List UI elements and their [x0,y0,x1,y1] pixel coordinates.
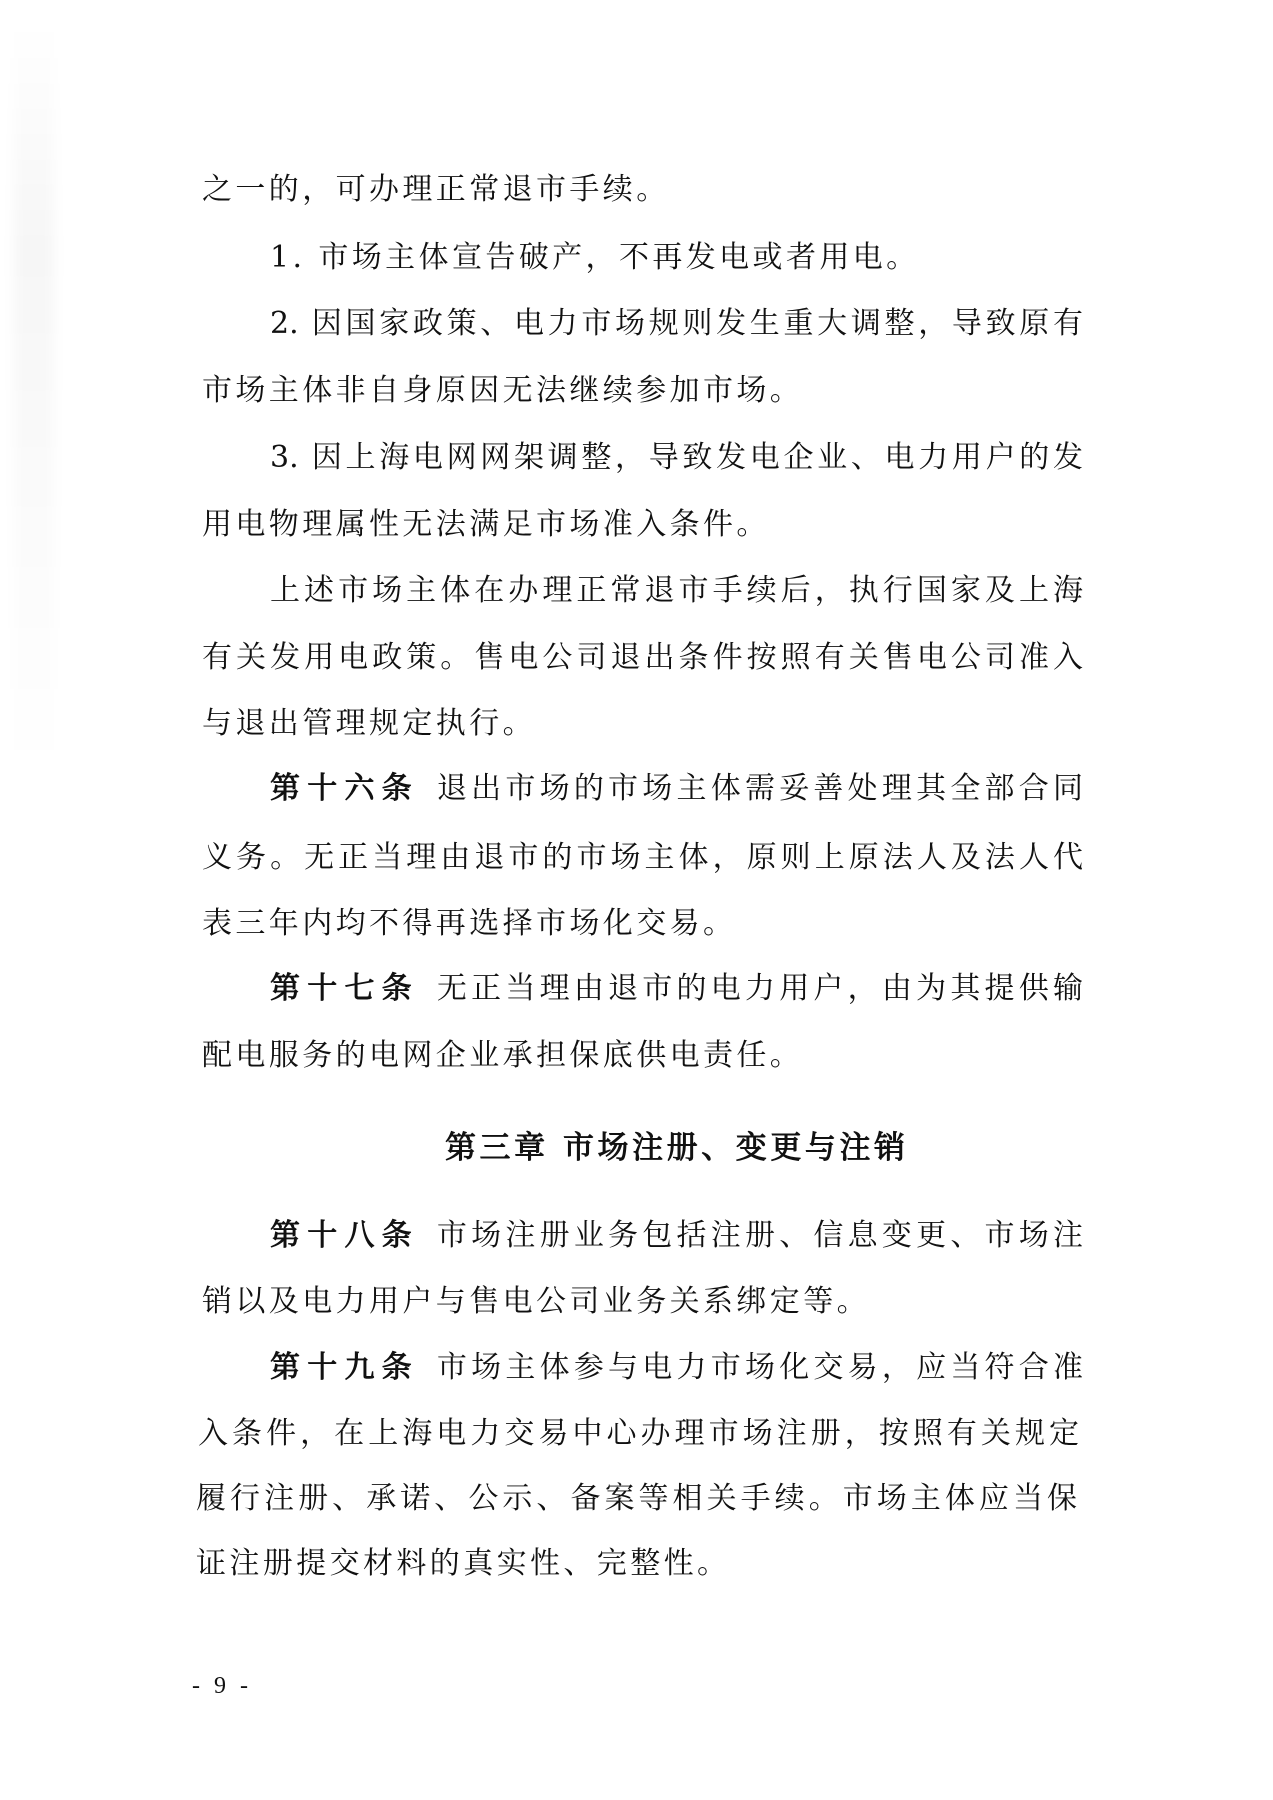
paragraph-line: 表三年内均不得再选择市场化交易。 [202,906,1083,942]
paragraph-line: 入条件，在上海电力交易中心办理市场注册，按照有关规定 [198,1416,1079,1452]
list-item-1: 1. 市场主体宣告破产，不再发电或者用电。 [202,240,1083,276]
article-label: 第十八条 [270,1218,419,1253]
article-label: 第十六条 [270,771,419,806]
article-text: 市场注册业务包括注册、信息变更、市场注 [437,1218,1083,1253]
page-number: - 9 - [192,1672,252,1700]
paragraph-line: 配电服务的电网企业承担保底供电责任。 [202,1038,1083,1074]
article-label: 第十七条 [270,971,419,1006]
paragraph-line: 上述市场主体在办理正常退市手续后，执行国家及上海 [202,573,1083,609]
article-18: 第十八条市场注册业务包括注册、信息变更、市场注 [202,1218,1083,1254]
paragraph-line: 义务。无正当理由退市的市场主体，原则上原法人及法人代 [202,840,1083,876]
article-19: 第十九条市场主体参与电力市场化交易，应当符合准 [202,1350,1083,1386]
paragraph-line: 与退出管理规定执行。 [202,706,1083,742]
paragraph-line: 证注册提交材料的真实性、完整性。 [196,1546,1077,1582]
paragraph-line: 销以及电力用户与售电公司业务关系绑定等。 [202,1284,1083,1320]
article-text: 市场主体参与电力市场化交易，应当符合准 [437,1350,1083,1385]
list-item-2: 2. 因国家政策、电力市场规则发生重大调整，导致原有 [202,306,1083,342]
paragraph-line: 之一的，可办理正常退市手续。 [202,172,1083,208]
list-item-2-cont: 市场主体非自身原因无法继续参加市场。 [202,373,1083,409]
list-item-3-cont: 用电物理属性无法满足市场准入条件。 [202,507,1083,543]
article-17: 第十七条无正当理由退市的电力用户，由为其提供输 [202,971,1083,1007]
list-item-3: 3. 因上海电网网架调整，导致发电企业、电力用户的发 [202,440,1083,476]
chapter-heading: 第三章 市场注册、变更与注销 [445,1128,905,1168]
article-text: 退出市场的市场主体需妥善处理其全部合同 [437,771,1083,806]
article-text: 无正当理由退市的电力用户，由为其提供输 [437,971,1083,1006]
article-label: 第十九条 [270,1350,419,1385]
article-16: 第十六条退出市场的市场主体需妥善处理其全部合同 [202,771,1083,807]
scan-artifact [14,20,54,780]
paragraph-line: 履行注册、承诺、公示、备案等相关手续。市场主体应当保 [196,1481,1077,1517]
paragraph-line: 有关发用电政策。售电公司退出条件按照有关售电公司准入 [202,640,1083,676]
